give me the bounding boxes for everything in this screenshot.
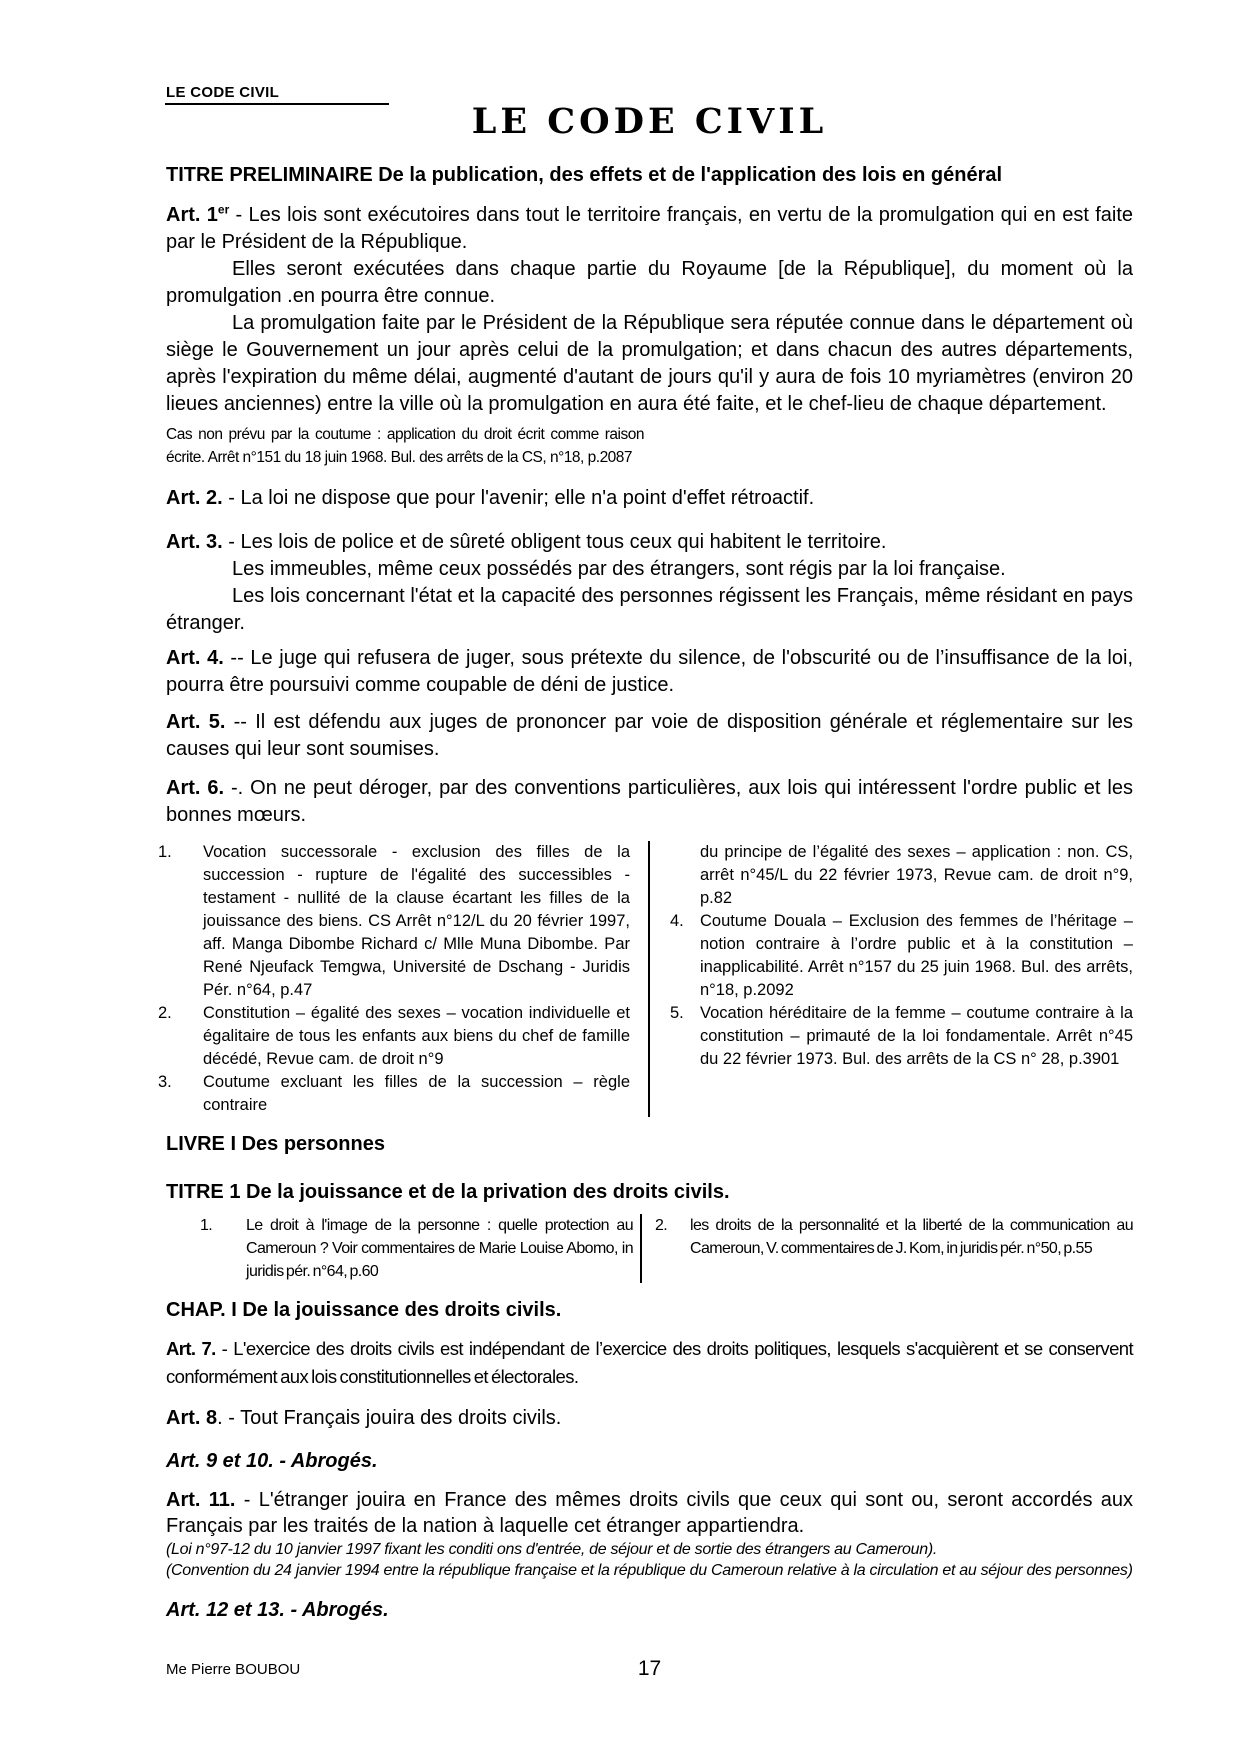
- list-item: 5. Vocation héréditaire de la femme – co…: [670, 1002, 1133, 1071]
- column-divider: [640, 1214, 642, 1283]
- article-2: Art. 2. - La loi ne dispose que pour l'a…: [166, 485, 1133, 512]
- article-label: Art. 6.: [166, 777, 224, 799]
- article-label: Art. 2.: [166, 487, 223, 509]
- article-label: Art. 7.: [166, 1338, 216, 1359]
- page-content: TITRE PRELIMINAIRE De la publication, de…: [166, 162, 1133, 1624]
- article-label: Art. 5.: [166, 711, 225, 733]
- article-label: Art. 3.: [166, 531, 223, 553]
- article-text: Tout Français jouira des droits civils.: [240, 1407, 561, 1429]
- list-item-number: 3.: [158, 1071, 203, 1117]
- list-item-number: 2.: [655, 1214, 690, 1260]
- heading-livre-1: LIVRE I Des personnes: [166, 1131, 1133, 1157]
- article-1-superscript: er: [218, 202, 229, 216]
- heading-titre-preliminaire: TITRE PRELIMINAIRE De la publication, de…: [166, 162, 1133, 188]
- annotations-block-1: 1. Vocation successorale - exclusion des…: [158, 841, 1133, 1117]
- list-item-text: Vocation successorale - exclusion des fi…: [203, 841, 630, 1002]
- article-separator: -.: [224, 777, 250, 799]
- article-3-p1: Art. 3. - Les lois de police et de sûret…: [166, 529, 1133, 556]
- list-item: 4. Coutume Douala – Exclusion des femmes…: [670, 910, 1133, 1002]
- article-1-p1: Art. 1er - Les lois sont exécutoires dan…: [166, 202, 1133, 256]
- column-divider: [648, 841, 650, 1117]
- running-header: LE CODE CIVIL: [166, 84, 279, 101]
- list-item-text: les droits de la personnalité et la libe…: [690, 1214, 1133, 1260]
- article-label: Art. 8: [166, 1407, 217, 1429]
- article-11-law-note: (Loi n°97-12 du 10 janvier 1997 fixant l…: [166, 1539, 1133, 1560]
- article-text: On ne peut déroger, par des conventions …: [166, 777, 1133, 826]
- article-3: Art. 3. - Les lois de police et de sûret…: [166, 529, 1133, 637]
- article-separator: -: [229, 204, 248, 226]
- list-item-number: 5.: [670, 1002, 700, 1071]
- list-item: 3. Coutume excluant les filles de la suc…: [158, 1071, 630, 1117]
- article-11: Art. 11. - L'étranger jouira en France d…: [166, 1487, 1133, 1581]
- footer-page-number: 17: [166, 1657, 1133, 1681]
- article-1-p3: La promulgation faite par le Président d…: [166, 310, 1133, 418]
- article-text: Le juge qui refusera de juger, sous prét…: [166, 647, 1133, 696]
- list-item-text: du principe de l’égalité des sexes – app…: [700, 841, 1133, 910]
- list-item-number: 2.: [158, 1002, 203, 1071]
- article-separator: --: [224, 647, 251, 669]
- article-1-p2: Elles seront exécutées dans chaque parti…: [166, 256, 1133, 310]
- article-11-convention-note: (Convention du 24 janvier 1994 entre la …: [166, 1560, 1133, 1581]
- annotations-right-column: du principe de l’égalité des sexes – app…: [670, 841, 1133, 1117]
- list-item-text: Coutume excluant les filles de la succes…: [203, 1071, 630, 1117]
- article-4: Art. 4. -- Le juge qui refusera de juger…: [166, 645, 1133, 699]
- heading-titre-1: TITRE 1 De la jouissance et de la privat…: [166, 1179, 1133, 1205]
- article-9-10-abroges: Art. 9 et 10. - Abrogés.: [166, 1448, 1133, 1475]
- article-1: Art. 1er - Les lois sont exécutoires dan…: [166, 202, 1133, 418]
- article-separator: -: [223, 531, 241, 553]
- article-text: L'exercice des droits civils est indépen…: [166, 1338, 1133, 1387]
- article-5: Art. 5. -- Il est défendu aux juges de p…: [166, 709, 1133, 763]
- article-separator: -: [216, 1338, 234, 1359]
- heading-chap-1: CHAP. I De la jouissance des droits civi…: [166, 1297, 1133, 1323]
- list-item-number: 1.: [158, 841, 203, 1002]
- article-label: Art. 1: [166, 204, 218, 226]
- article-separator: -: [235, 1489, 258, 1511]
- jurisprudence-note-art1: Cas non prévu par la coutume : applicati…: [166, 424, 644, 469]
- article-separator: --: [225, 711, 255, 733]
- article-separator: -: [223, 487, 241, 509]
- page-title: LE CODE CIVIL: [166, 101, 1133, 142]
- list-item: 1. Vocation successorale - exclusion des…: [158, 841, 630, 1002]
- article-text: L'étranger jouira en France des mêmes dr…: [166, 1489, 1133, 1537]
- annotations-left-column: 1. Vocation successorale - exclusion des…: [158, 841, 630, 1117]
- list-item: 2. les droits de la personnalité et la l…: [655, 1214, 1133, 1260]
- annotations-left-column: 1. Le droit à l'image de la personne : q…: [200, 1214, 633, 1283]
- list-item: du principe de l’égalité des sexes – app…: [670, 841, 1133, 910]
- list-item-number: [670, 841, 700, 910]
- article-text: Il est défendu aux juges de prononcer pa…: [166, 711, 1133, 760]
- article-6: Art. 6. -. On ne peut déroger, par des c…: [166, 775, 1133, 829]
- list-item-text: Vocation héréditaire de la femme – coutu…: [700, 1002, 1133, 1071]
- article-text: La loi ne dispose que pour l'avenir; ell…: [240, 487, 814, 509]
- list-item: 1. Le droit à l'image de la personne : q…: [200, 1214, 633, 1283]
- article-3-p3: Les lois concernant l'état et la capacit…: [166, 583, 1133, 637]
- list-item: 2. Constitution – égalité des sexes – vo…: [158, 1002, 630, 1071]
- list-item-number: 1.: [200, 1214, 246, 1283]
- article-3-p2: Les immeubles, même ceux possédés par de…: [166, 556, 1133, 583]
- annotations-block-2: 1. Le droit à l'image de la personne : q…: [166, 1214, 1133, 1283]
- article-text: Les lois sont exécutoires dans tout le t…: [166, 204, 1133, 253]
- list-item-text: Le droit à l'image de la personne : quel…: [246, 1214, 633, 1283]
- list-item-number: 4.: [670, 910, 700, 1002]
- document-page: LE CODE CIVIL LE CODE CIVIL TITRE PRELIM…: [0, 0, 1240, 1755]
- article-7: Art. 7. - L'exercice des droits civils e…: [166, 1335, 1133, 1391]
- annotations-right-column: 2. les droits de la personnalité et la l…: [655, 1214, 1133, 1283]
- article-label: Art. 4.: [166, 647, 224, 669]
- list-item-text: Constitution – égalité des sexes – vocat…: [203, 1002, 630, 1071]
- article-8: Art. 8. - Tout Français jouira des droit…: [166, 1405, 1133, 1432]
- article-separator: . -: [217, 1407, 240, 1429]
- list-item-text: Coutume Douala – Exclusion des femmes de…: [700, 910, 1133, 1002]
- article-label: Art. 11.: [166, 1489, 235, 1511]
- article-text: Les lois de police et de sûreté obligent…: [240, 531, 886, 553]
- article-12-13-abroges: Art. 12 et 13. - Abrogés.: [166, 1597, 1133, 1624]
